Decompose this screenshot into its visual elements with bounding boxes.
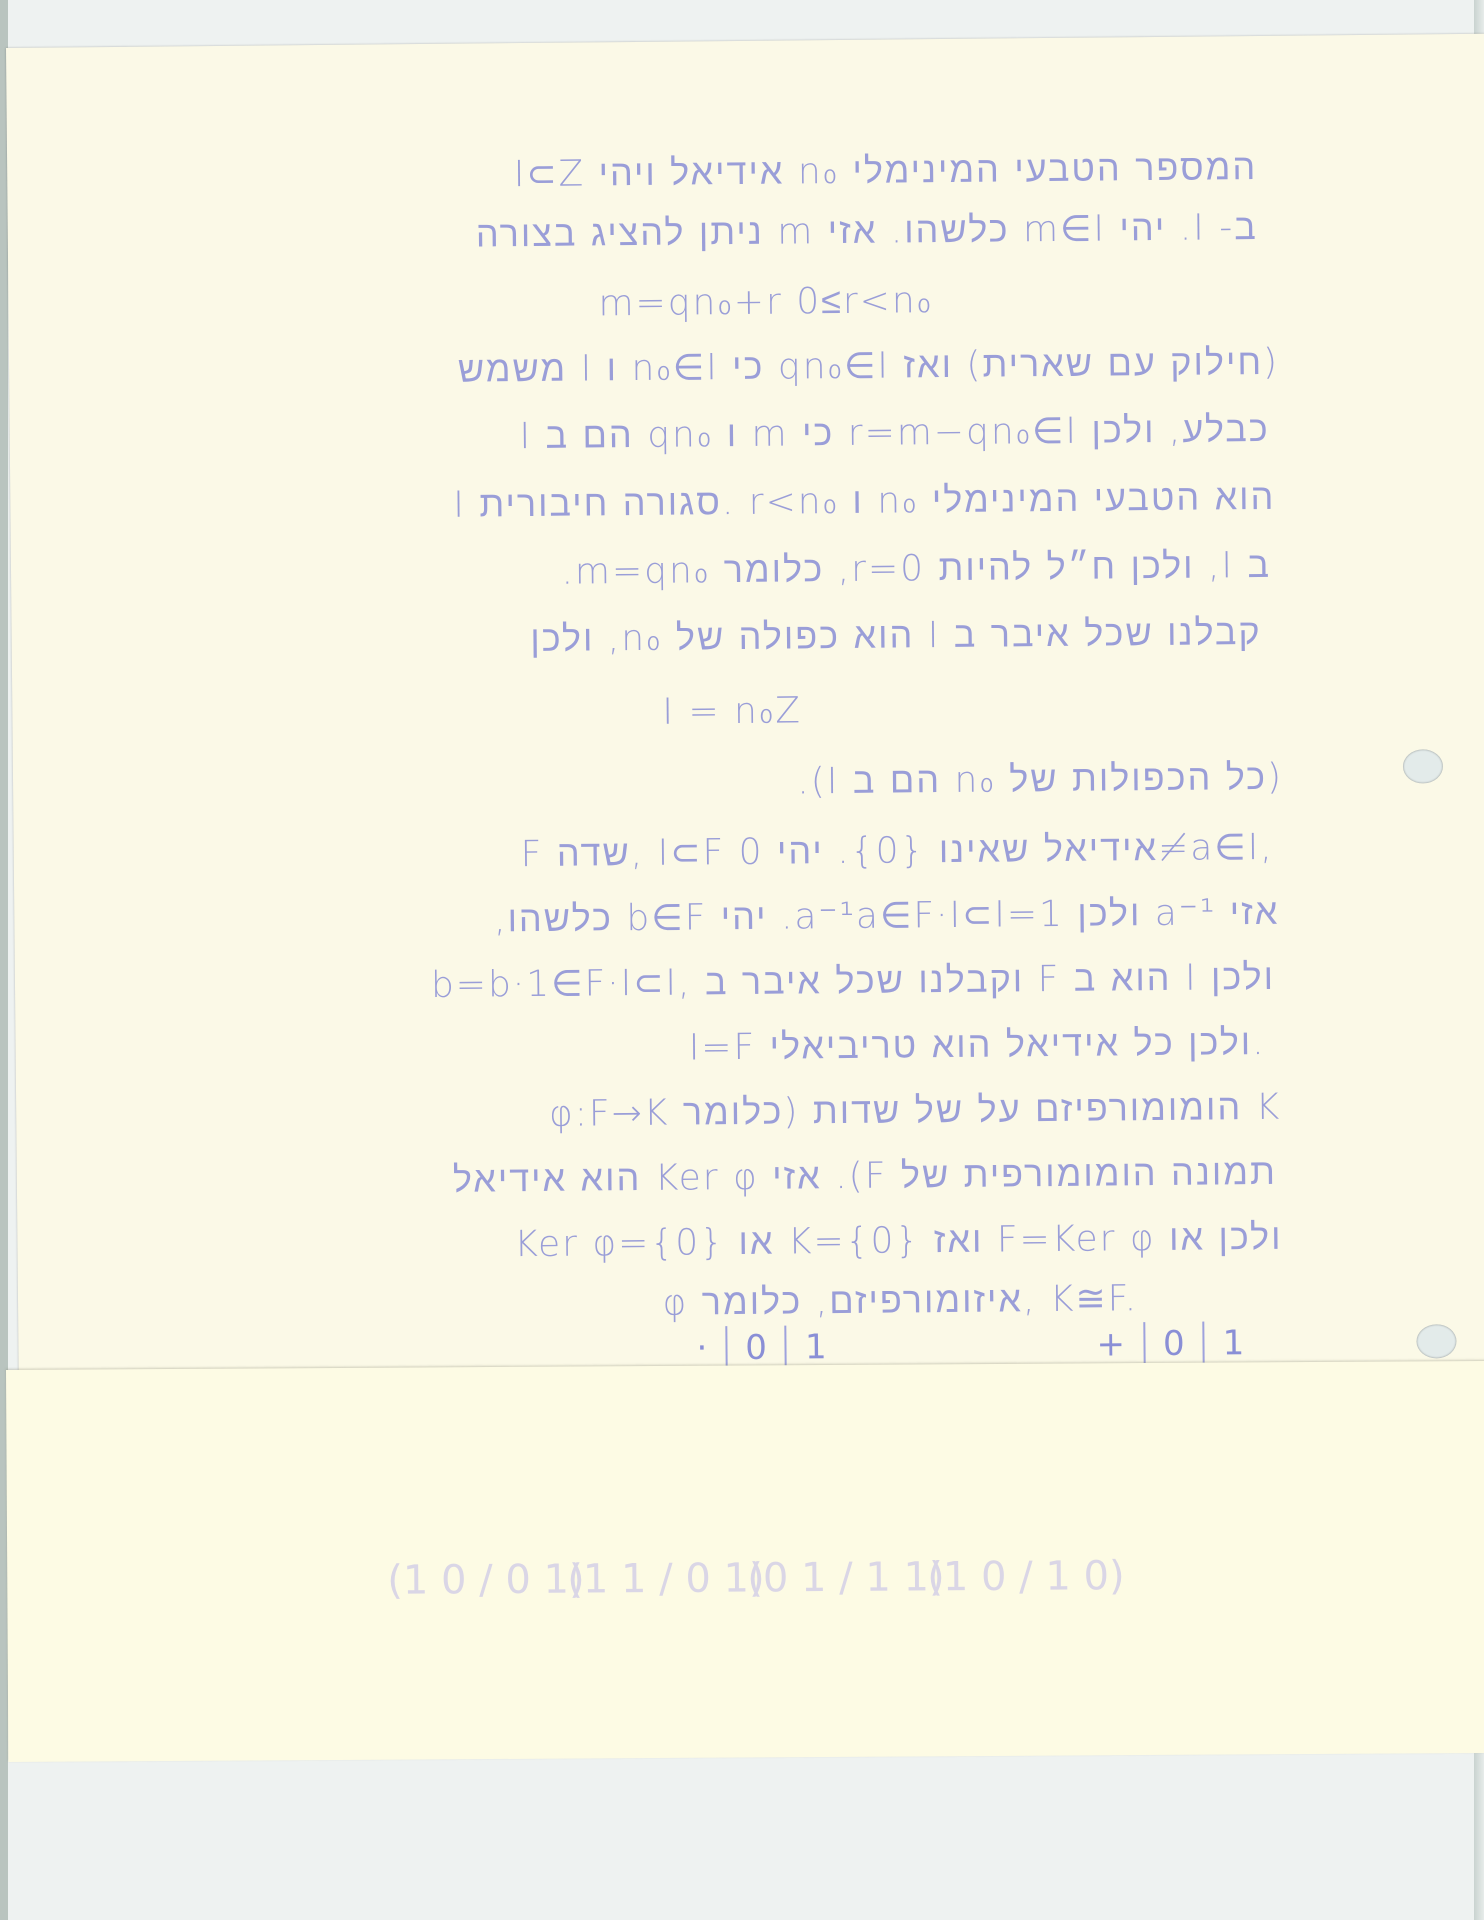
punch-hole	[1403, 749, 1443, 783]
text-line: תמונה הומומורפית של F). אזי Ker φ הוא אי…	[453, 1151, 1277, 1201]
punch-hole	[1416, 1324, 1456, 1358]
table-op: +	[1078, 1322, 1144, 1368]
table-header: 1	[1203, 1321, 1262, 1367]
bleed-through-matrices: (1 1 / 0 1)	[567, 1555, 765, 1602]
text-line: אזי a⁻¹ ולכן 1=a⁻¹a∈F·I⊂I. יהי b∈F כלשהו…	[494, 891, 1280, 941]
text-line: b=b·1∈F·I⊂I, וקבלנו שכל איבר ב F הוא ב I…	[431, 956, 1275, 1006]
text-line: ב- I. יהי m∈I כלשהו. אזי m ניתן להציג בצ…	[476, 206, 1258, 256]
text-line: קבלנו שכל איבר ב I הוא כפולה של n₀, ולכן	[530, 611, 1262, 660]
bleed-through-matrices: (0 1 / 1 1)	[747, 1554, 945, 1601]
math-line: m=qn₀+r 0≤r<n₀	[598, 279, 933, 324]
text-line: φ איזומורפיזם, כלומר, K≅F.	[662, 1277, 1138, 1324]
text-line: ולכן או F=Ker φ ואז K={0} או {0}=Ker φ	[514, 1216, 1283, 1265]
table-header: 1	[786, 1325, 845, 1371]
text-line: I=F ולכן כל אידיאל הוא טריביאלי.	[689, 1021, 1266, 1069]
notes-page: I⊂Z אידיאל ויהי n₀ המספר הטבעי המינימלי …	[6, 34, 1484, 1378]
text-line: I סגורה חיבורית. r<n₀ ו n₀ הוא הטבעי המי…	[453, 476, 1275, 526]
text-line: (חילוק עם שארית) ואז qn₀∈I כי n₀∈I ו I מ…	[458, 341, 1280, 391]
lower-flap-page: (1 0 / 0 1) (1 1 / 0 1) (0 1 / 1 1) (1 0…	[6, 1361, 1484, 1762]
math-line: I = n₀Z	[662, 690, 802, 732]
bleed-through-matrices: (1 0 / 1 0)	[927, 1553, 1125, 1600]
text-line: ב I, ולכן ח״ל להיות r=0, כלומר m=qn₀.	[561, 544, 1271, 593]
table-header: 0	[1144, 1322, 1204, 1368]
text-line: כבלע, ולכן r=m−qn₀∈I כי m ו qn₀ הם ב I	[519, 408, 1270, 457]
text-line: I⊂Z אידיאל ויהי n₀ המספר הטבעי המינימלי	[514, 146, 1258, 195]
text-line: F שדה, I⊂F אידיאל שאינו {0}. יהי 0≠a∈I,	[520, 826, 1273, 875]
bleed-through-matrices: (1 0 / 0 1)	[387, 1556, 585, 1603]
text-line: φ:F→K הומומורפיזם על של שדות (כלומר K	[549, 1086, 1282, 1135]
text-line: (כל הכפולות של n₀ הם ב I).	[797, 756, 1283, 803]
